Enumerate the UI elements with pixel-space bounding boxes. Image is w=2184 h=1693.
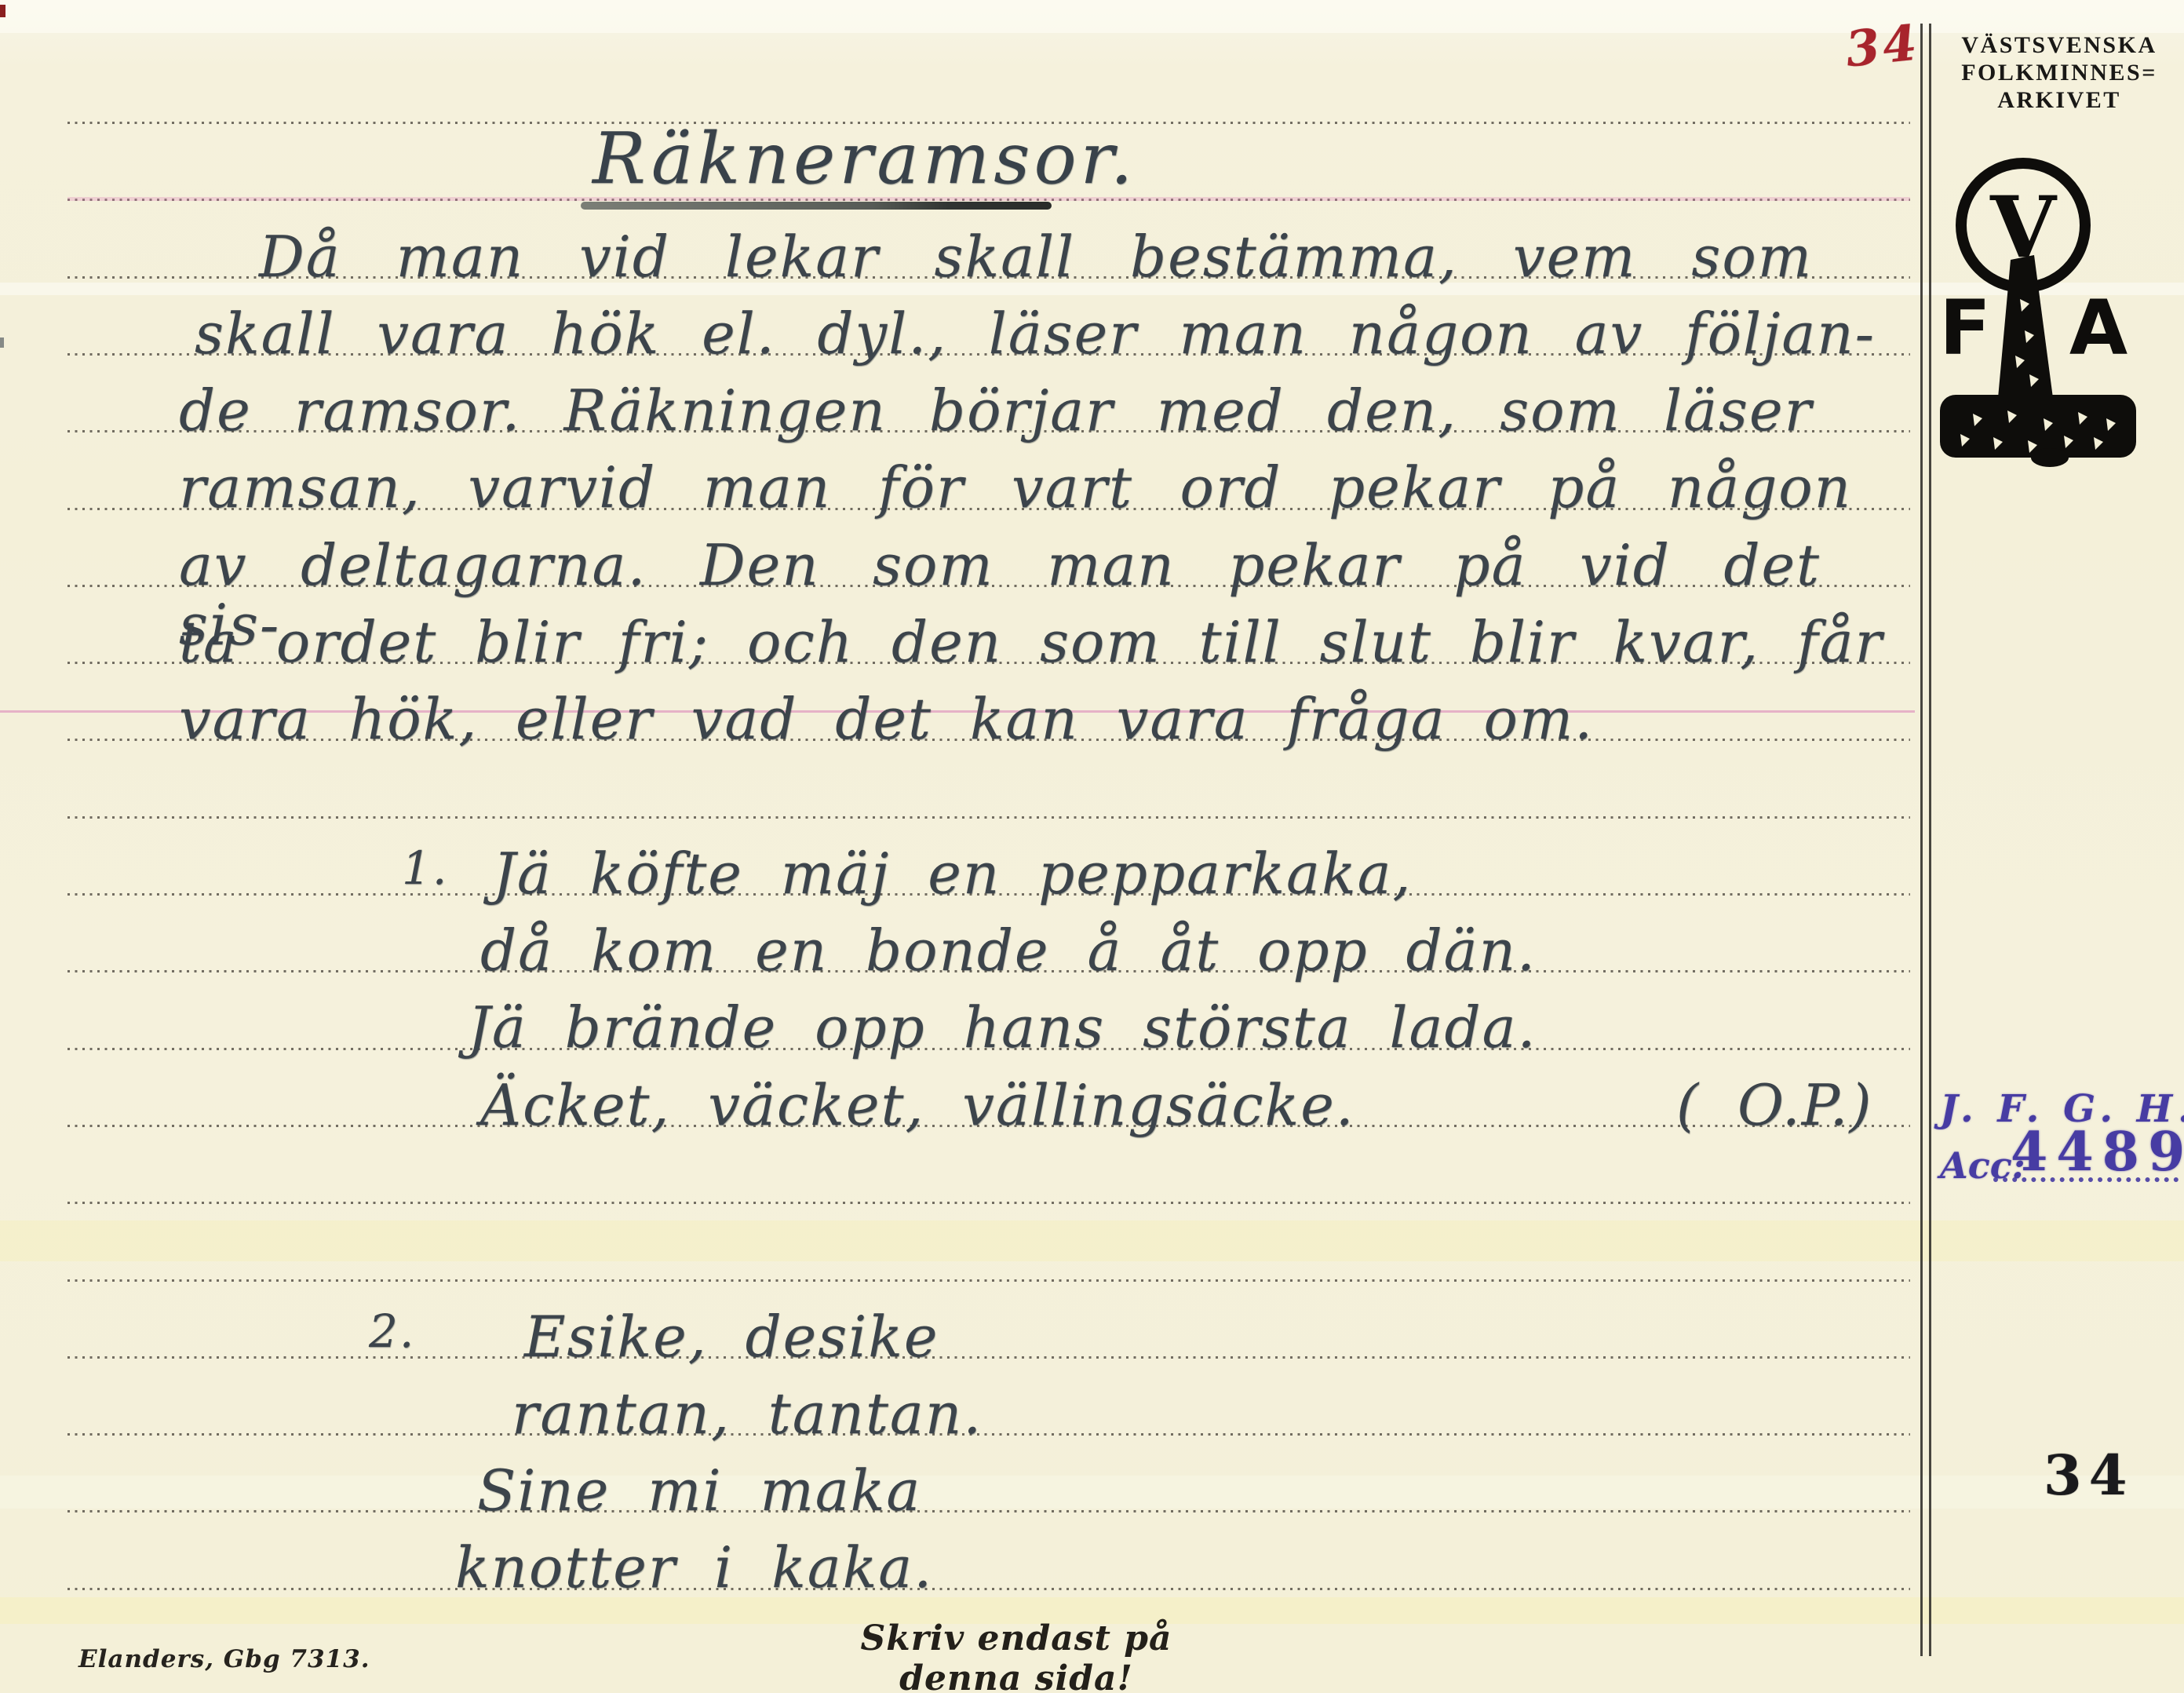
intro-line: ta ordet blir fri; och den som till slut… (179, 613, 1883, 673)
rhyme-line: rantan, tantan. (512, 1385, 983, 1444)
rhyme-line: då kom en bonde å åt opp dän. (480, 921, 1537, 981)
scanned-manuscript-page: Räkneramsor. Då man vid lekar skall best… (0, 0, 2184, 1693)
red-page-number: 34 (1843, 13, 1922, 78)
scan-edge-mark (0, 5, 5, 17)
printer-mark: Elanders, Gbg 7313. (78, 1645, 370, 1673)
archive-name: VÄSTSVENSKA FOLKMINNES= ARKIVET (1933, 31, 2184, 114)
ruled-line (67, 1279, 1910, 1282)
rhyme-line: Esike, desike (524, 1308, 939, 1367)
vfa-logo: V F A (1932, 145, 2168, 483)
title-underline (581, 202, 1052, 210)
stamp-dotted-line (1993, 1177, 2179, 1182)
rhyme-attribution: ( O.P.) (1676, 1076, 1873, 1136)
intro-line: ramsan, varvid man för vart ord pekar på… (179, 458, 1852, 518)
margin-divider-line (1920, 24, 1923, 1656)
rhyme-line: Sine mi maka (477, 1461, 921, 1521)
rhyme-line: Äcket, väcket, vällingsäcke. (480, 1076, 1355, 1136)
ruled-line (67, 1202, 1910, 1204)
ruled-line (67, 1433, 1910, 1436)
rhyme-line: knotter i kaka. (455, 1538, 933, 1598)
rhyme-line: Jä brände opp hans största lada. (468, 998, 1537, 1058)
rhyme-number: 2. (369, 1308, 415, 1355)
ruled-line (67, 816, 1910, 819)
rhyme-line: Jä köfte mäj en pepparkaka, (493, 845, 1412, 904)
ruled-line (67, 1510, 1910, 1512)
logo-letter-a: A (2069, 284, 2127, 372)
scan-band (0, 1476, 2184, 1509)
rhyme-number: 1. (402, 845, 448, 892)
write-only-notice: Skriv endast på denna sida! (812, 1618, 1220, 1693)
archive-name-line1: VÄSTSVENSKA (1933, 31, 2184, 59)
scan-band (0, 1220, 2184, 1261)
page-number-stamp: 34 (2044, 1443, 2134, 1508)
page-title: Räkneramsor. (592, 122, 1136, 197)
intro-line: skall vara hök el. dyl., läser man någon… (195, 305, 1876, 364)
intro-line: de ramsor. Räkningen börjar med den, som… (179, 381, 1813, 441)
stamp-acc-number: 4489 (2011, 1121, 2184, 1184)
margin-divider-line (1929, 24, 1931, 1656)
ruled-line (67, 1356, 1910, 1359)
intro-line: Då man vid lekar skall bestämma, vem som (259, 228, 1813, 287)
logo-letter-f: F (1939, 284, 1991, 372)
intro-line: vara hök, eller vad det kan vara fråga o… (179, 690, 1594, 750)
archive-name-line2: FOLKMINNES= (1933, 59, 2184, 86)
scan-edge-mark (0, 338, 4, 348)
ruled-line (67, 1588, 1910, 1590)
archive-name-line3: ARKIVET (1933, 86, 2184, 114)
